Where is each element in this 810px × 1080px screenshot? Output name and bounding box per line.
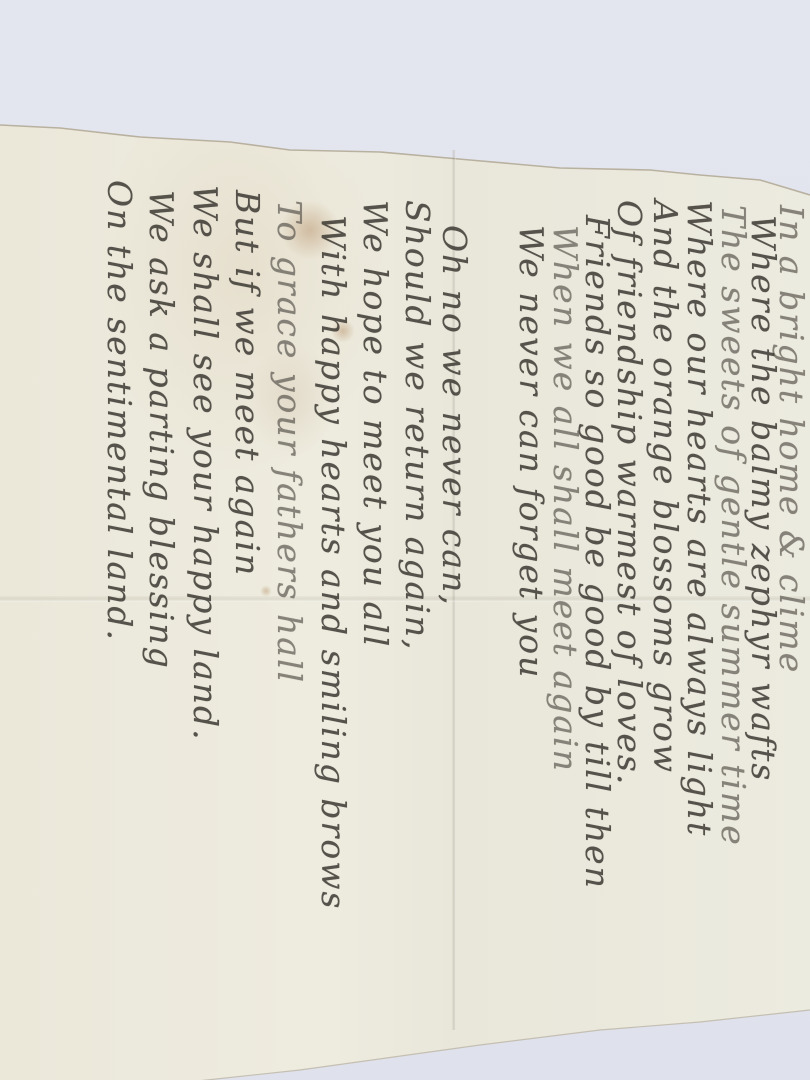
poem-line-16: We shall see your happy land. xyxy=(186,185,225,742)
poem-line-14: To grace your fathers hall xyxy=(270,200,309,684)
poem-line-13: With happy hearts and smiling brows xyxy=(314,215,353,910)
poem-line-11: Should we return again, xyxy=(398,200,437,652)
poem-line-17: We ask a parting blessing xyxy=(142,190,181,670)
handwritten-poem: In a bright home & clime Where the balmy… xyxy=(0,0,810,1080)
photo-stage: In a bright home & clime Where the balmy… xyxy=(0,0,810,1080)
poem-line-5: And the orange blossoms grow xyxy=(646,200,685,774)
poem-line-4: Where our hearts are always light xyxy=(680,200,719,837)
poem-line-18: On the sentimental land. xyxy=(100,180,139,642)
poem-line-12: We hope to meet you all xyxy=(356,200,395,648)
poem-line-15: But if we meet again xyxy=(228,190,267,577)
poem-line-3: The sweets of gentle summer time xyxy=(714,205,753,847)
poem-line-8: When we all shall meet again xyxy=(546,225,585,773)
poem-line-10: Oh no we never can, xyxy=(435,225,474,607)
poem-line-9: We never can forget you xyxy=(512,225,551,679)
